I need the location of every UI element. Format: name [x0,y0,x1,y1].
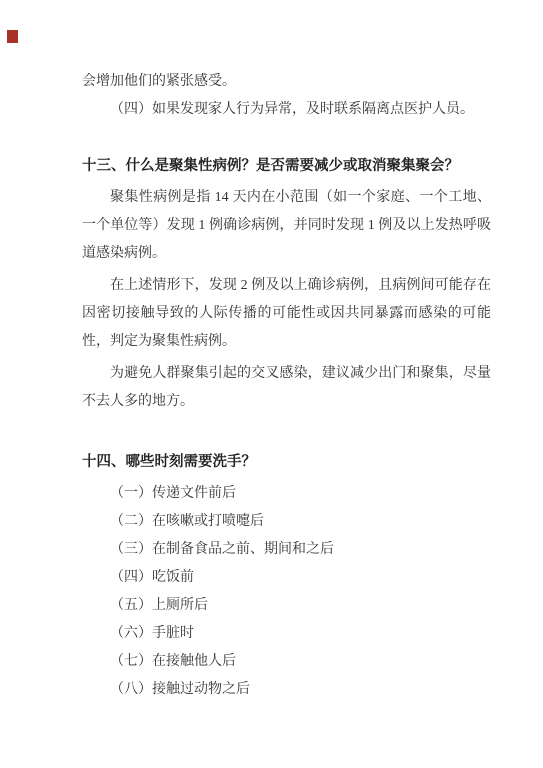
paragraph: 聚集性病例是指 14 天内在小范围（如一个家庭、一个工地、一个单位等）发现 1 … [82,184,491,268]
paragraph: 在上述情形下，发现 2 例及以上确诊病例，且病例间可能存在因密切接触导致的人际传… [82,272,491,356]
continuation-paragraph: 会增加他们的紧张感受。 [82,68,491,96]
document-content: 会增加他们的紧张感受。 （四）如果发现家人行为异常，及时联系隔离点医护人员。 十… [82,68,491,704]
list-item: （三）在制备食品之前、期间和之后 [82,536,491,564]
list-item: （四）吃饭前 [82,564,491,592]
paragraph: 为避免人群聚集引起的交叉感染，建议减少出门和聚集，尽量不去人多的地方。 [82,360,491,416]
list-item: （六）手脏时 [82,620,491,648]
list-item: （八）接触过动物之后 [82,676,491,704]
list-item: （五）上厕所后 [82,592,491,620]
paragraph-item-4: （四）如果发现家人行为异常，及时联系隔离点医护人员。 [82,96,491,124]
section-heading-14: 十四、哪些时刻需要洗手？ [82,448,491,476]
document-page: 会增加他们的紧张感受。 （四）如果发现家人行为异常，及时联系隔离点医护人员。 十… [0,0,543,768]
list-item: （七）在接触他人后 [82,648,491,676]
list-item: （一）传递文件前后 [82,480,491,508]
list-item: （二）在咳嗽或打喷嚏后 [82,508,491,536]
red-marker [7,30,18,43]
section-heading-13: 十三、什么是聚集性病例？是否需要减少或取消聚集聚会？ [82,152,491,180]
